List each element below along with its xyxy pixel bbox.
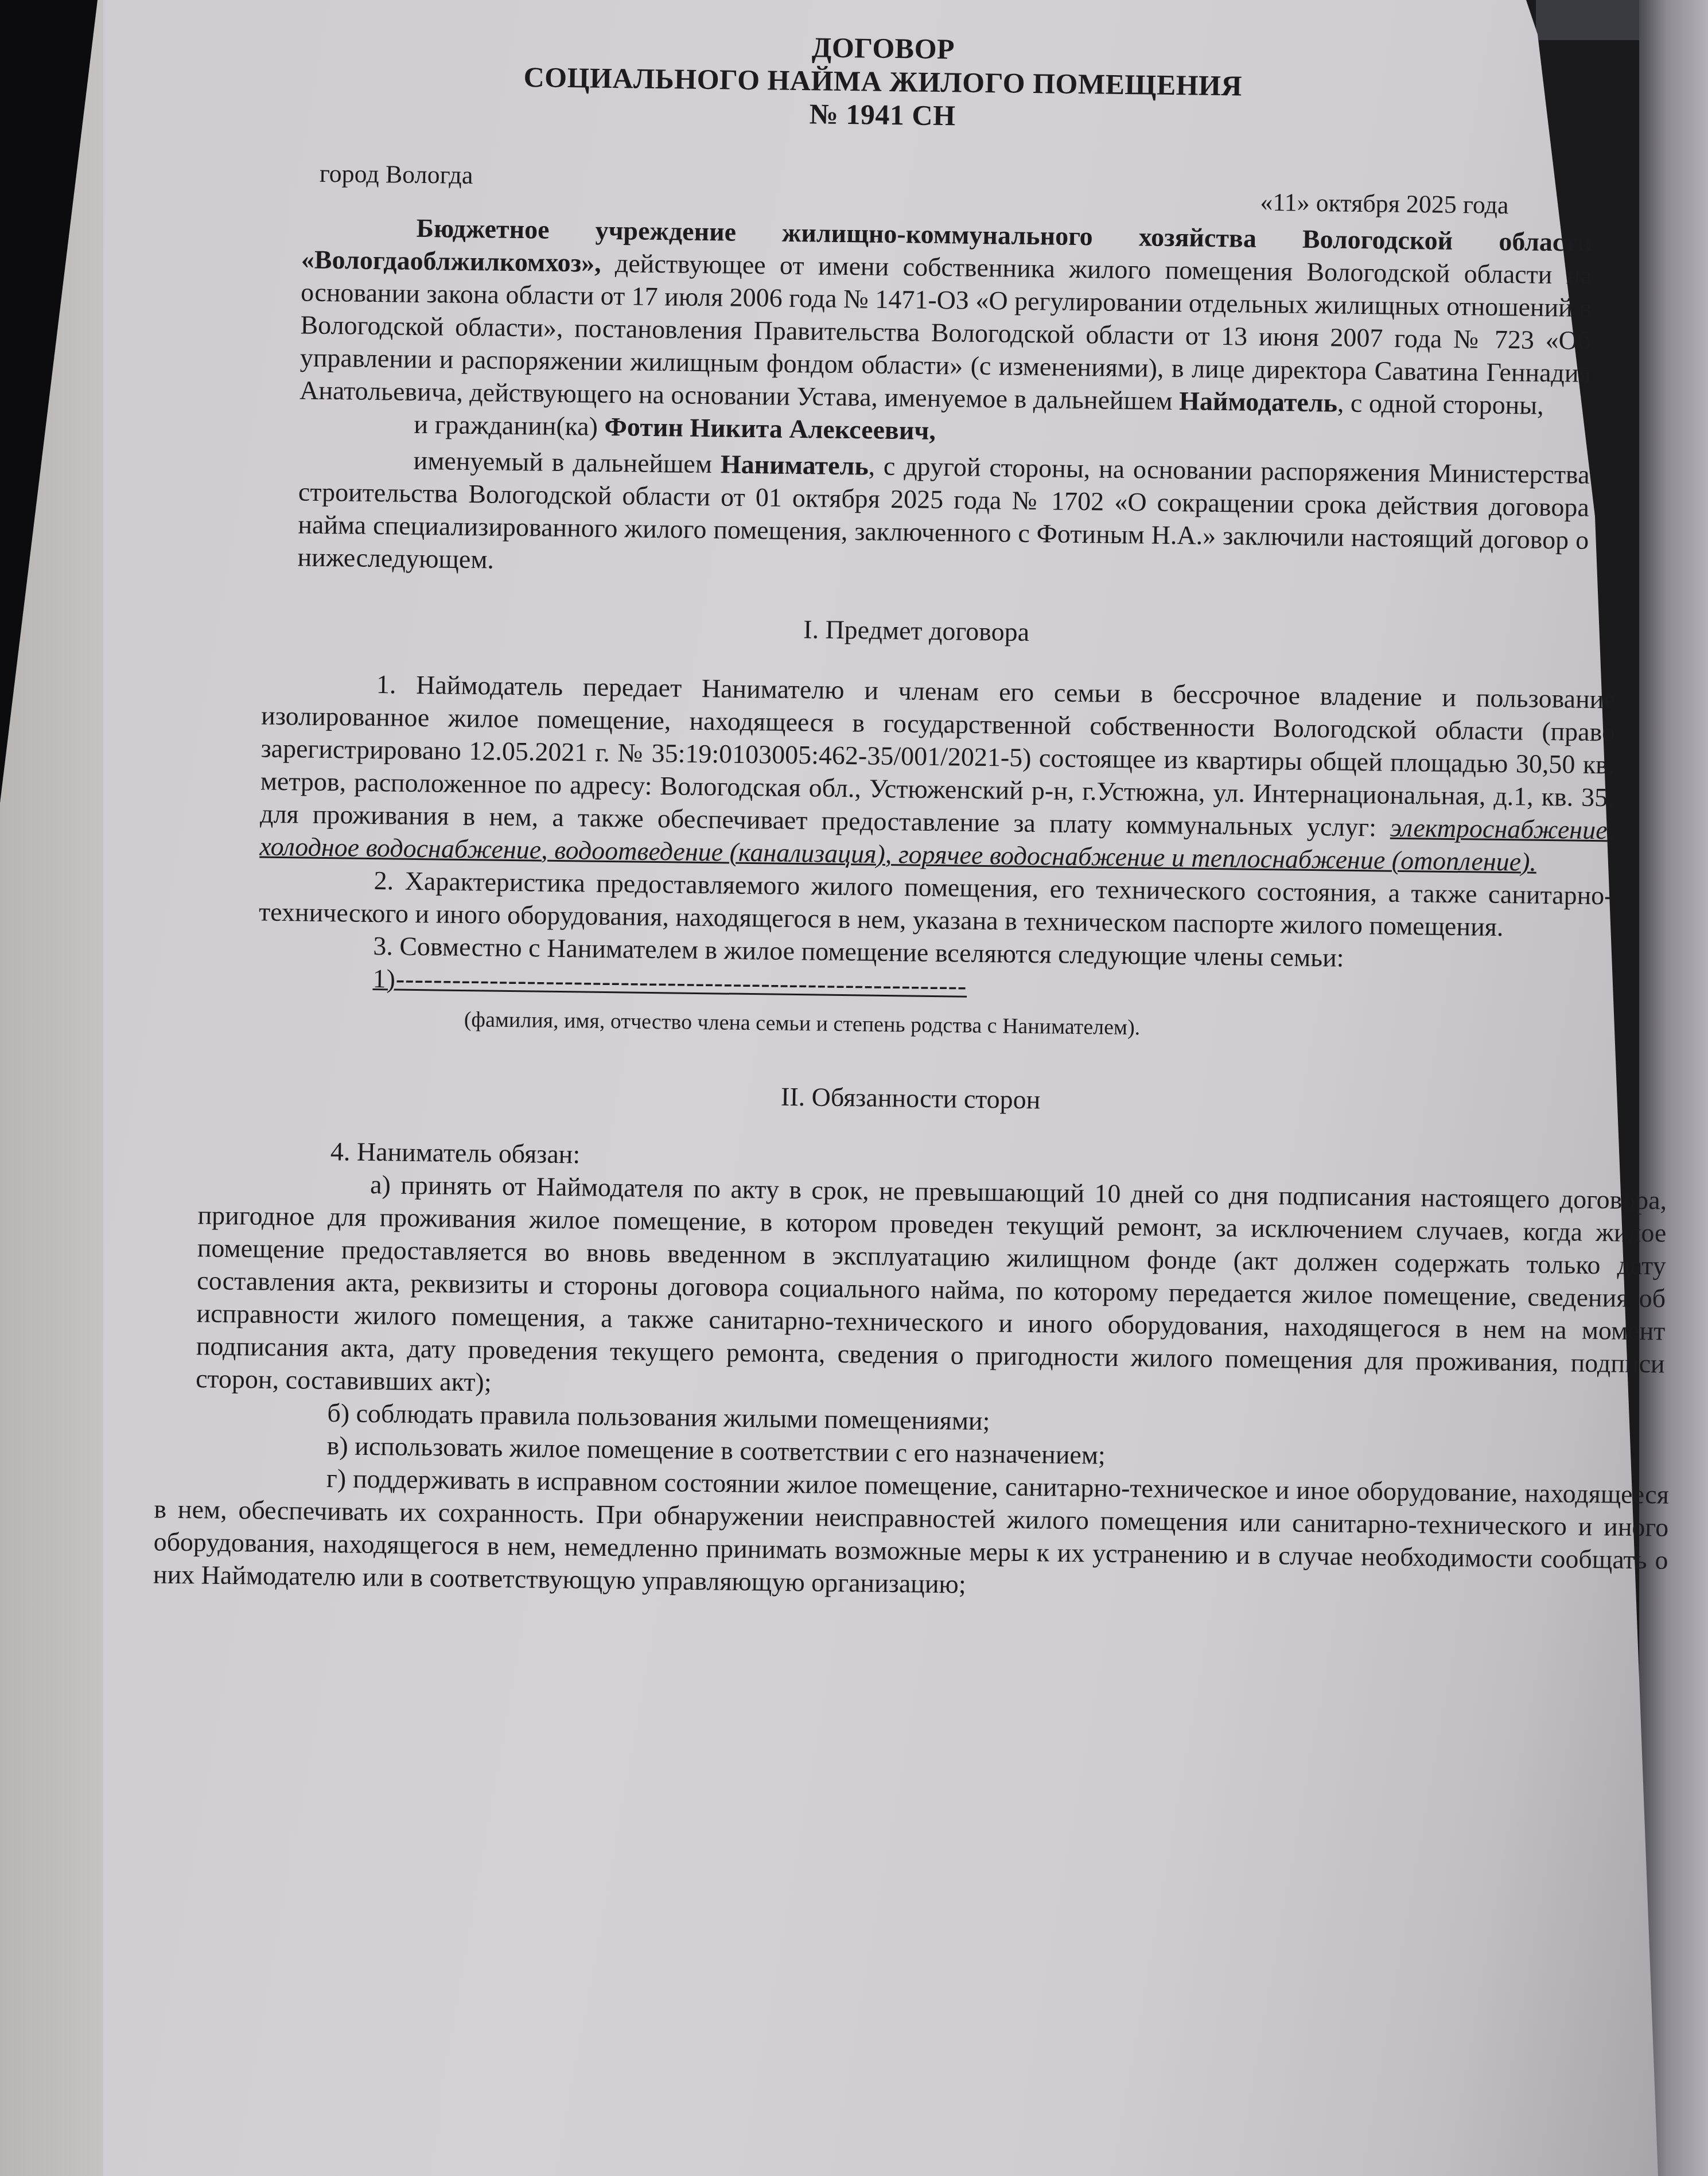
section-subject-body: 1. Наймодатель передает Нанимателю и чле… — [257, 667, 1616, 1052]
tenant-term: Наниматель — [721, 449, 869, 480]
city: город Вологда — [320, 159, 473, 190]
family-member-note: (фамилия, имя, отчество члена семьи и ст… — [464, 1002, 1612, 1051]
intro-tenant-paragraph: именуемый в дальнейшем Наниматель, с дру… — [297, 442, 1590, 589]
section-title-obligations: II. Обязанности сторон — [176, 1074, 1645, 1122]
tenant-text-pre: именуемый в дальнейшем — [413, 446, 721, 479]
intro-landlord-paragraph: Бюджетное учреждение жилищно-коммунально… — [299, 210, 1593, 422]
section-title-subject: I. Предмет договора — [182, 606, 1651, 655]
tenant-prefix: и гражданин(ка) — [414, 410, 605, 441]
clause-4-item-a: а) принять от Наймодателя по акту в срок… — [196, 1166, 1667, 1412]
tenant-name: Фотин Никита Алексеевич, — [604, 412, 936, 445]
document-content: ДОГОВОР СОЦИАЛЬНОГО НАЙМА ЖИЛОГО ПОМЕЩЕН… — [170, 23, 1658, 1609]
section-obligations-body-continued: б) соблюдать правила пользования жилыми … — [153, 1394, 1670, 1609]
landlord-tail: , с одной стороны, — [1337, 388, 1544, 419]
document-title: ДОГОВОР СОЦИАЛЬНОГО НАЙМА ЖИЛОГО ПОМЕЩЕН… — [337, 25, 1429, 138]
family-member-blank: 1)--------------------------------------… — [372, 964, 967, 1001]
landlord-term: Наймодатель — [1179, 386, 1338, 417]
section-obligations-body: 4. Наниматель обязан: а) принять от Найм… — [196, 1133, 1667, 1412]
clause-4-item-g: г) поддерживать в исправном состоянии жи… — [153, 1459, 1670, 1609]
contract-date: «11» октября 2025 года — [1260, 188, 1509, 220]
clause-1: 1. Наймодатель передает Нанимателю и чле… — [259, 667, 1616, 879]
